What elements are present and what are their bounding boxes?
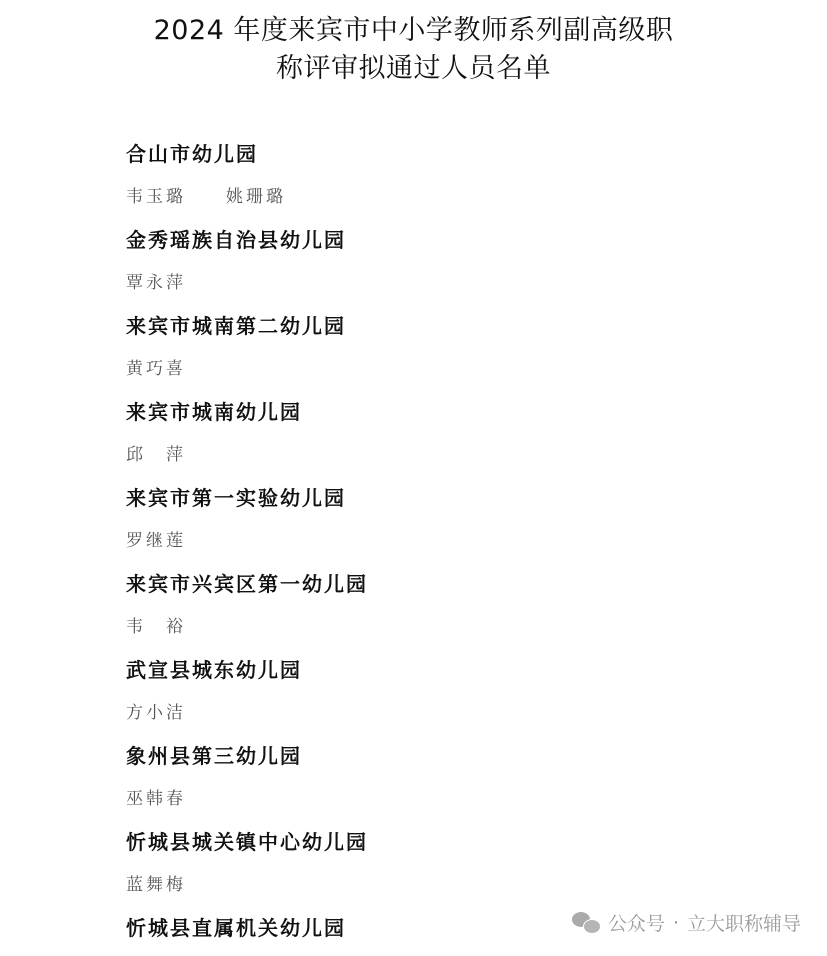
title-line-1: 2024 年度来宾市中小学教师系列副高级职	[0, 12, 827, 50]
person-name: 韦玉璐	[126, 172, 186, 222]
person-name: 姚珊璐	[226, 172, 286, 222]
section-heshan: 合山市幼儿园 韦玉璐姚珊璐	[126, 136, 726, 222]
watermark: 公众号 · 立大职称辅导	[572, 909, 801, 936]
name-row: 罗继莲	[126, 516, 726, 566]
name-row: 覃永萍	[126, 258, 726, 308]
person-name: 黄巧喜	[126, 344, 186, 394]
section-wuxuan: 武宣县城东幼儿园 方小洁	[126, 652, 726, 738]
section-chengnan-2: 来宾市城南第二幼儿园 黄巧喜	[126, 308, 726, 394]
document-title: 2024 年度来宾市中小学教师系列副高级职 称评审拟通过人员名单	[0, 12, 827, 88]
unit-name: 金秀瑶族自治县幼儿园	[126, 222, 726, 258]
unit-name: 忻城县城关镇中心幼儿园	[126, 824, 726, 860]
person-name: 覃永萍	[126, 258, 186, 308]
unit-name: 象州县第三幼儿园	[126, 738, 726, 774]
watermark-separator: ·	[673, 912, 679, 934]
name-row: 蓝舞梅	[126, 860, 726, 910]
name-row: 韦玉璐姚珊璐	[126, 172, 726, 222]
section-xingbin-1: 来宾市兴宾区第一幼儿园 韦 裕	[126, 566, 726, 652]
person-name: 蓝舞梅	[126, 860, 186, 910]
wechat-icon	[572, 912, 602, 934]
unit-name: 来宾市第一实验幼儿园	[126, 480, 726, 516]
name-row: 邱 萍	[126, 430, 726, 480]
unit-name: 来宾市城南第二幼儿园	[126, 308, 726, 344]
unit-name: 武宣县城东幼儿园	[126, 652, 726, 688]
unit-name: 合山市幼儿园	[126, 136, 726, 172]
section-xincheng-chengguan: 忻城县城关镇中心幼儿园 蓝舞梅	[126, 824, 726, 910]
person-name: 方小洁	[126, 688, 186, 738]
name-row: 方小洁	[126, 688, 726, 738]
section-xiangzhou: 象州县第三幼儿园 巫韩春	[126, 738, 726, 824]
person-name: 韦 裕	[126, 602, 186, 652]
person-name: 罗继莲	[126, 516, 186, 566]
section-shiyan-1: 来宾市第一实验幼儿园 罗继莲	[126, 480, 726, 566]
approved-list: 合山市幼儿园 韦玉璐姚珊璐 金秀瑶族自治县幼儿园 覃永萍 来宾市城南第二幼儿园 …	[126, 136, 726, 946]
person-name: 巫韩春	[126, 774, 186, 824]
section-chengnan: 来宾市城南幼儿园 邱 萍	[126, 394, 726, 480]
name-row: 巫韩春	[126, 774, 726, 824]
name-row: 韦 裕	[126, 602, 726, 652]
title-line-2: 称评审拟通过人员名单	[0, 50, 827, 88]
watermark-account: 立大职称辅导	[687, 909, 801, 936]
unit-name: 来宾市兴宾区第一幼儿园	[126, 566, 726, 602]
person-name: 邱 萍	[126, 430, 186, 480]
watermark-label: 公众号	[608, 909, 665, 936]
section-jinxiu: 金秀瑶族自治县幼儿园 覃永萍	[126, 222, 726, 308]
name-row: 黄巧喜	[126, 344, 726, 394]
unit-name: 来宾市城南幼儿园	[126, 394, 726, 430]
